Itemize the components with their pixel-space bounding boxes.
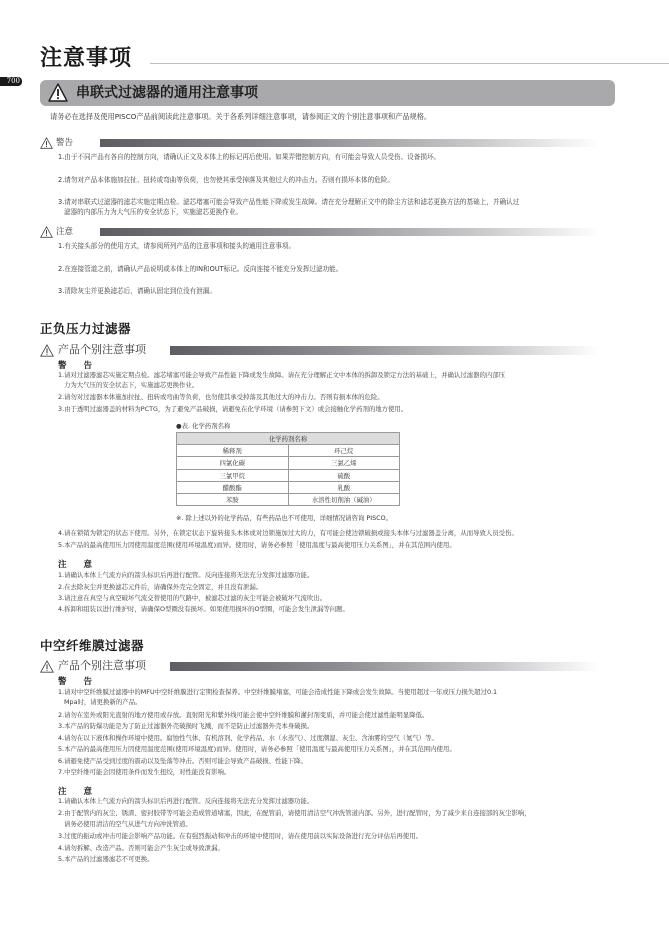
chemical-table: 化学药剂名称 稀释剂 环己烷 四氯化碳 三氯乙烯 三氯甲烷 硫酸 醋酸酯 乳酸 … [176,432,400,506]
list-item-continued: 力为大气压的安全状态下，实施滤芯更换作业。 [64,381,634,391]
list-item: 1.有关接头部分的使用方式，请参阅所列产品的注意事项和接头的通用注意事项。 [58,241,618,251]
list-item: 4.请勿在以下液体和操作环境中使用。腐蚀性气体、有机溶剂、化学药品、水（水蒸气）… [58,734,628,744]
table-cell: 醋酸酯 [177,481,289,493]
list-item: 5.本产品的最高使用压力因使用温度范围(使用环境温度)而异。使用时，请务必参照「… [58,745,628,755]
table-row: 醋酸酯 乳酸 [177,481,400,493]
list-item-continued: 请务必使用清洁的空气从进气方向冲洗管道。 [64,820,634,830]
list-item: 1.请对中空纤维膜过滤器中的MFU中空纤维膜进行定期检查保养。中空纤维膜堵塞，可… [58,688,628,698]
table-cell: 四氯化碳 [177,457,289,469]
list-item: 2.请勿对产品本体施加拉扯、扭转或弯曲等负荷，也勿使其承受掉落及其他过大的冲击力… [58,175,618,185]
caution-triangle-icon [40,226,53,238]
list-item: 2.请勿在室外或阳光直射的地方使用或存放。直射阳光和紫外线可能会使中空纤维膜和灌… [58,711,628,721]
warning-triangle-icon [40,660,54,673]
list-item: 3.本产品的防爆功能是为了防止过滤器外壳破损时飞溅，而不是防止过滤器外壳本身破损… [58,722,628,732]
page-title: 注意事项 [40,44,132,74]
hollow-fiber-sub-header: 产品个别注意事项 [40,657,600,675]
list-item: 5.本产品的过滤器滤芯不可更换。 [58,855,628,865]
list-item: 3.过度的振动或冲击可能会影响产品功能。在有强烈振动和冲击的环境中使用时，请在使… [58,832,628,842]
table-cell: 乳酸 [288,481,400,493]
list-item: 2.请勿对过滤器本体施加拉扯、扭转或弯曲等负荷，也勿使其承受掉落及其他过大的冲击… [58,393,628,403]
warning-heading: 警 告 [58,675,99,687]
table-row: 苯胺 水溶性切削油（碱油） [177,494,400,506]
table-cell: 硫酸 [288,469,400,481]
list-item: 3.请注意在真空与真空破坏气流交替使用的气路中，被滤芯过滤的灰尘可能会被破坏气流… [58,594,628,604]
table-cell: 苯胺 [177,494,289,506]
list-item: 2.在去除灰尘并更换滤芯元件后，请确保外壳完全固定，并且没有泄漏。 [58,583,628,593]
list-item: 4.请在锁销为锁定的状态下使用。另外，在锁定状态下旋转接头本体或对边锁施加过大的… [58,529,628,539]
table-header: 化学药剂名称 [177,433,400,445]
table-cell: 环己烷 [288,445,400,457]
general-warning-header: 警告 [40,136,600,150]
table-cell: 三氯乙烯 [288,457,400,469]
table-row: 稀释剂 环己烷 [177,445,400,457]
list-item: 1.请确认本体上气流方向的箭头标识后再进行配管。反向连接将无法充分发挥过滤器功能… [58,571,628,581]
list-item: 5.本产品的最高使用压力因使用温度范围(使用环境温度)而异。使用时，请务必参照「… [58,541,628,551]
section-title-pos-neg-filter: 正负压力过滤器 [40,319,131,337]
caution-heading: 注 意 [58,785,99,797]
gradient-bar [170,346,600,355]
banner-title: 串联式过滤器的通用注意事项 [76,80,258,106]
sub-label: 产品个别注意事项 [58,341,146,359]
title-divider [150,63,669,64]
list-item: 1.请对过滤器滤芯实施定期点检。滤芯堵塞可能会导致产品性能下降或发生故障。请在充… [58,371,628,381]
table-row: 四氯化碳 三氯乙烯 [177,457,400,469]
list-item: 7.中空纤维可能会因使用条件而发生扭绞，对性能没有影响。 [58,768,628,778]
list-item-continued: 滤器的内部压力为大气压的安全状态下，实施滤芯更换作业。 [64,207,624,217]
warning-heading: 警 告 [58,359,99,371]
general-caution-header: 注意 [40,225,600,239]
list-item: 4.拆卸和组装以进行维护时，请确保O型圈没有损坏。如果使用损坏的O型圈，可能会发… [58,605,628,615]
list-item: 3.请对串联式过滤器的滤芯实施定期点检。滤芯堵塞可能会导致产品性能下降或发生故障… [58,197,618,207]
caution-label: 注意 [56,225,73,239]
table-row: 三氯甲烷 硫酸 [177,469,400,481]
sub-label: 产品个别注意事项 [58,657,146,675]
list-item: 2.由于配管内的灰尘、锈渣、密封胶带等可能会造成管道堵塞，因此，在配管前，请使用… [58,809,628,819]
warning-label: 警告 [56,136,73,150]
table-cell: 稀释剂 [177,445,289,457]
page-number: 700 [0,77,22,86]
table-note: ※. 除上述以外的化学药品，有些药品也不可使用，详细情况请咨询 PISCO。 [176,513,392,522]
table-cell: 三氯甲烷 [177,469,289,481]
list-item: 1.请确认本体上气流方向的箭头标识后再进行配管。反向连接将无法充分发挥过滤器功能… [58,797,628,807]
caution-heading: 注 意 [58,558,99,570]
list-item: 4.请勿拆解、改造产品。否则可能会产生灰尘或导致泄漏。 [58,844,628,854]
list-item-continued: Mpa时，请更换新的产品。 [64,698,634,708]
gradient-bar [100,139,600,147]
list-item: 2.在连接管道之前，请确认产品说明或本体上的IN和OUT标记。反向连接不能充分发… [58,264,618,274]
gradient-bar [170,662,600,671]
table-caption: ●表. 化学药剂名称 [176,421,230,430]
main-banner: 串联式过滤器的通用注意事项 [40,80,615,106]
page-title-row: 注意事项 [40,44,669,74]
pos-neg-sub-header: 产品个别注意事项 [40,341,600,359]
section-title-hollow-fiber-filter: 中空纤维膜过滤器 [40,636,144,654]
intro-text: 请务必在选择及使用PISCO产品前阅读此注意事项。关于各系列详细注意事项，请参阅… [50,112,431,122]
gradient-bar [100,228,600,236]
warning-triangle-icon [40,137,53,149]
list-item: 1.由于不同产品有各自的控制方向，请确认正文及本体上的标记再后使用。如果弄错控制… [58,152,618,162]
list-item: 3.清除灰尘并更换滤芯后，请确认固定到位没有泄漏。 [58,286,618,296]
table-cell: 水溶性切削油（碱油） [288,494,400,506]
warning-triangle-icon [40,344,54,357]
list-item: 3.由于透明过滤器盖的材料为PCTG，为了避免产品破损，请避免在化学环境（请参照… [58,405,628,415]
warning-triangle-icon [48,83,68,102]
list-item: 6.请避免使产品受到过度的震动以及坠落等冲击。否则可能会导致产品破损、性能下降。 [58,757,628,767]
